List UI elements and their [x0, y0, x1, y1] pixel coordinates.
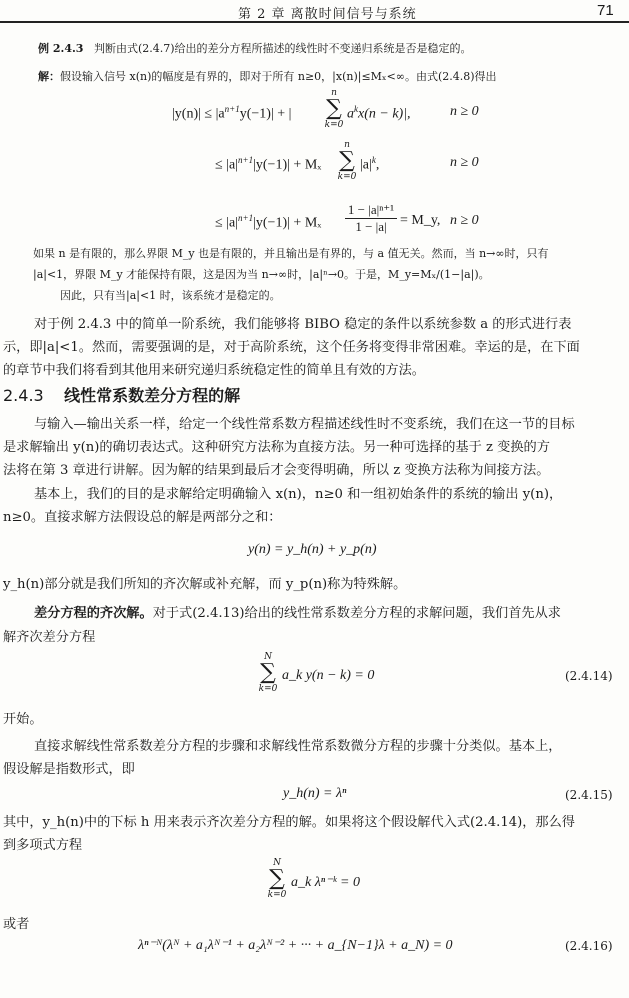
chapter-title: 第 2 章 离散时间信号与系统 — [238, 3, 417, 22]
equation-number: (2.4.16) — [565, 939, 613, 953]
example-paragraph-line: |a|<1，界限 M_y 才能保持有限，这是因为当 n→∞时，|a|ⁿ→0。于是… — [33, 266, 490, 282]
sum-eq2: n ∑ k=0 — [336, 140, 358, 182]
equation-polynomial: a_k λⁿ⁻ᵏ = 0 — [291, 874, 360, 891]
body-line: n≥0。直接求解方法假设总的解是两部分之和： — [3, 506, 282, 525]
equation-3: ≤ |a|n+1|y(−1)| + Mₓ — [215, 213, 321, 232]
equation-1-term: akx(n − k)|, — [347, 104, 411, 123]
body-line: 是求解输出 y(n)的确切表达式。这种研究方法称为直接方法。另一种可选择的基于 … — [3, 436, 550, 455]
equation-2-condition: n ≥ 0 — [450, 155, 479, 171]
example-conclusion: 因此，只有当|a|<1 时，该系统才是稳定的。 — [60, 287, 281, 303]
example-question-text: 判断由式(2.4.7)给出的差分方程所描述的线性时不变递归系统是否是稳定的。 — [94, 42, 472, 55]
section-title: 线性常系数差分方程的解 — [64, 386, 240, 405]
sum-polynomial: N ∑ k=0 — [265, 858, 289, 900]
body-line: 其中，y_h(n)中的下标 h 用来表示齐次差分方程的解。如果将这个假设解代入式… — [3, 811, 575, 830]
body-line: 的章节中我们将看到其他用来研究递归系统稳定性的简单且有效的方法。 — [3, 359, 425, 378]
body-line: 解齐次差分方程 — [3, 626, 95, 645]
homogeneous-solution-heading: 差分方程的齐次解。 — [34, 606, 153, 621]
equation-3-rhs: = M_y, — [400, 213, 440, 229]
equation-2: ≤ |a|n+1|y(−1)| + Mₓ — [215, 155, 321, 174]
example-label: 例 2.4.3 — [38, 42, 83, 55]
equation-number: (2.4.14) — [565, 669, 613, 683]
body-line: 开始。 — [3, 708, 43, 727]
body-line: 法将在第 3 章进行讲解。因为解的结果到最后才会变得明确，所以 z 变换方法称为… — [3, 459, 549, 478]
equation-1: |y(n)| ≤ |an+1y(−1)| + | — [172, 104, 291, 123]
body-line: y_h(n)部分就是我们所知的齐次解或补充解，而 y_p(n)称为特殊解。 — [3, 573, 406, 592]
body-line: 假设解是指数形式，即 — [3, 758, 135, 777]
example-paragraph-line: 如果 n 是有限的，那么界限 M_y 也是有限的，并且输出是有界的，与 a 值无… — [33, 245, 549, 261]
body-line: 与输入—输出关系一样，给定一个线性常系数方程描述线性时不变系统，我们在这一节的目… — [34, 413, 575, 432]
equation-number: (2.4.15) — [565, 788, 613, 802]
solution-intro: 解：假设输入信号 x(n)的幅度是有界的，即对于所有 n≥0，|x(n)|≤Mₓ… — [38, 68, 497, 84]
page-number: 71 — [597, 2, 614, 19]
sum-eq14: N ∑ k=0 — [256, 652, 280, 694]
body-line: 基本上，我们的目的是求解给定明确输入 x(n)，n≥0 和一组初始条件的系统的输… — [34, 483, 562, 502]
body-line: 直接求解线性常系数差分方程的步骤和求解线性常系数微分方程的步骤十分类似。基本上， — [34, 735, 562, 754]
section-heading: 2.4.3 线性常系数差分方程的解 — [3, 383, 240, 406]
body-line: 差分方程的齐次解。对于式(2.4.13)给出的线性常系数差分方程的求解问题，我们… — [34, 602, 561, 621]
equation-2-4-14: a_k y(n − k) = 0 — [282, 668, 374, 684]
equation-total-solution: y(n) = y_h(n) + y_p(n) — [248, 542, 377, 558]
equation-2-4-16: λⁿ⁻ᴺ(λᴺ + a₁λᴺ⁻¹ + a₂λᴺ⁻² + ··· + a_{N−1… — [138, 937, 453, 954]
body-line: 示，即|a|<1。然而，需要强调的是，对于高阶系统，这个任务将变得非常困难。幸运… — [3, 336, 580, 355]
equation-2-term: |a|k, — [360, 155, 379, 174]
fraction-eq3: 1 − |a|ⁿ⁺¹ 1 − |a| — [345, 202, 397, 235]
body-line: 对于例 2.4.3 中的简单一阶系统，我们能够将 BIBO 稳定的条件以系统参数… — [34, 313, 571, 332]
body-line: 到多项式方程 — [3, 834, 82, 853]
section-number: 2.4.3 — [3, 386, 44, 405]
body-line: 或者 — [3, 913, 29, 932]
header-rule — [0, 21, 629, 23]
equation-3-condition: n ≥ 0 — [450, 213, 479, 229]
sum-eq1: n ∑ k=0 — [323, 88, 345, 130]
equation-2-4-15: y_h(n) = λⁿ — [283, 786, 346, 802]
solution-label: 解： — [38, 70, 60, 83]
equation-1-condition: n ≥ 0 — [450, 104, 479, 120]
example-question: 例 2.4.3 判断由式(2.4.7)给出的差分方程所描述的线性时不变递归系统是… — [38, 40, 472, 56]
